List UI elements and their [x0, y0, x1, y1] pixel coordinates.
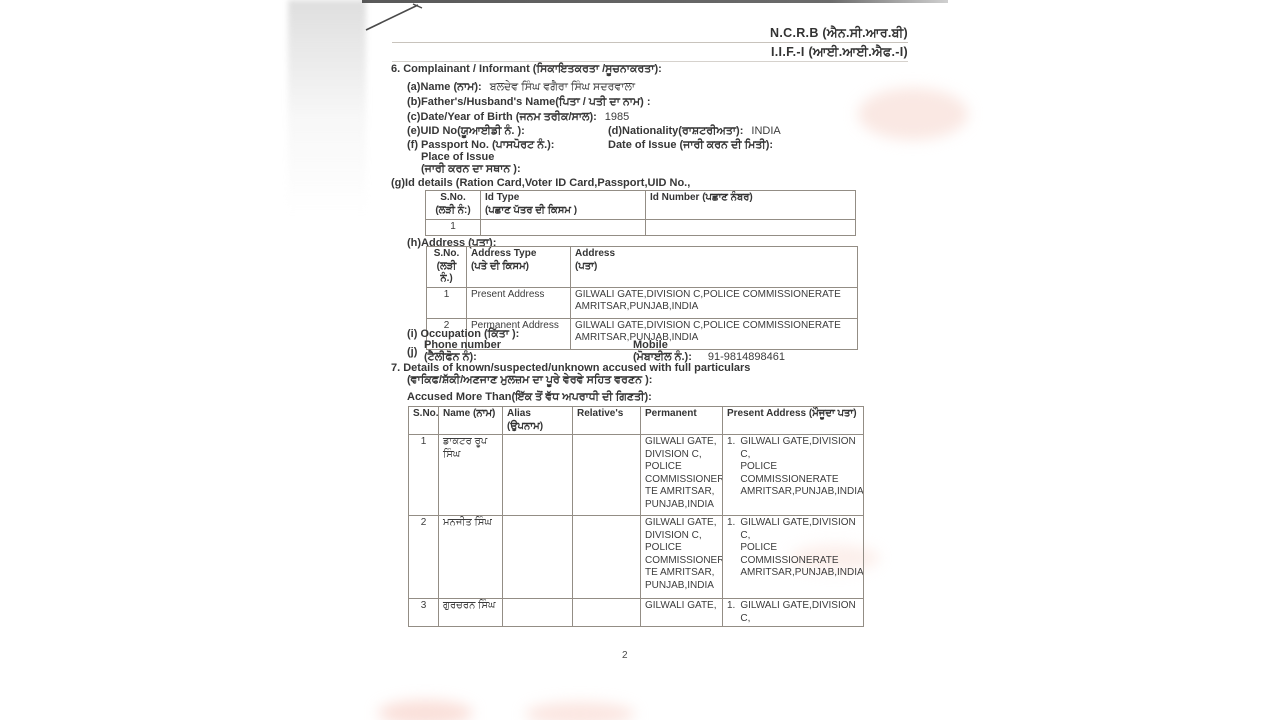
- accused-sno-header: S.No.: [409, 407, 439, 435]
- table-row: 3 ਗੁਰਚਰਨ ਸਿੰਘ GILWALI GATE, 1. GILWALI G…: [409, 599, 864, 627]
- accused-alias: [503, 516, 573, 599]
- accused-relatives: [573, 435, 641, 516]
- accused-more-than-label: Accused More Than(ਇੱਕ ਤੋਂ ਵੱਧ ਅਪਰਾਧੀ ਦੀ …: [407, 391, 652, 404]
- id-row-type: [481, 220, 646, 236]
- name-label: (a)Name (ਨਾਮ):: [407, 81, 482, 94]
- scanned-fir-document-page: N.C.R.B (ਐਨ.ਸੀ.ਆਰ.ਬੀ) I.I.F.-I (ਆਈ.ਆਈ.ਐਫ…: [0, 0, 1280, 720]
- accused-permanent-address: GILWALI GATE, DIVISION C, POLICE COMMISS…: [641, 435, 723, 516]
- id-type-header: Id Type(ਪਛਾਣ ਪੱਤਰ ਦੀ ਕਿਸਮ ): [481, 191, 646, 220]
- issue-place-label-pa: (ਜਾਰੀ ਕਰਨ ਦਾ ਸਥਾਨ ):: [421, 163, 521, 176]
- dob-value: 1985: [605, 111, 629, 124]
- addr-row-sno: 1: [427, 287, 467, 318]
- accused-sno: 1: [409, 435, 439, 516]
- accused-alias: [503, 435, 573, 516]
- accused-name: ਗੁਰਚਰਨ ਸਿੰਘ: [439, 599, 503, 627]
- uid-label: (e)UID No(ਯੂਆਈਡੀ ਨੰ. ):: [407, 125, 525, 138]
- accused-name-header: Name (ਨਾਮ): [439, 407, 503, 435]
- header-rule-1: [392, 42, 908, 43]
- accused-alias: [503, 599, 573, 627]
- field-name: (a)Name (ਨਾਮ): ਬਲਦੇਵ ਸਿੰਘ ਵਗੈਰਾ ਸਿੰਘ ਸਦਰ…: [407, 81, 635, 94]
- accused-sno: 2: [409, 516, 439, 599]
- scan-smudge: [378, 700, 473, 720]
- accused-name: ਡਾਕਟਰ ਰੂਪ ਸਿੰਘ: [439, 435, 503, 516]
- addr-row-type: Present Address: [467, 287, 571, 318]
- pen-mark: [358, 0, 438, 34]
- issue-date-label: Date of Issue (ਜਾਰੀ ਕਰਨ ਦੀ ਮਿਤੀ):: [608, 139, 773, 152]
- accused-name: ਮਨਜੀਤ ਸਿੰਘ: [439, 516, 503, 599]
- scan-smudge: [858, 88, 968, 140]
- accused-present-address: 1. GILWALI GATE,DIVISION C, POLICE COMMI…: [723, 435, 864, 516]
- accused-permanent-address: GILWALI GATE, DIVISION C, POLICE COMMISS…: [641, 516, 723, 599]
- header-iif: I.I.F.-I (ਆਈ.ਆਈ.ਐਫ.-I): [698, 45, 908, 60]
- addr-type-header: Address Type(ਪਤੇ ਦੀ ਕਿਸਮ): [467, 247, 571, 288]
- id-number-header: Id Number (ਪਛਾਣ ਨੰਬਰ): [646, 191, 856, 220]
- accused-present-address: 1. GILWALI GATE,DIVISION C,: [723, 599, 864, 627]
- table-row: 1: [426, 220, 856, 236]
- table-row: 1 Present Address GILWALI GATE,DIVISION …: [427, 287, 858, 318]
- scan-smudge: [525, 702, 635, 720]
- accused-sno: 3: [409, 599, 439, 627]
- table-header-row: S.No. Name (ਨਾਮ) Alias (ਉਪਨਾਮ) Relative'…: [409, 407, 864, 435]
- id-row-sno: 1: [426, 220, 481, 236]
- id-details-table: S.No.(ਲੜੀ ਨੰ:) Id Type(ਪਛਾਣ ਪੱਤਰ ਦੀ ਕਿਸਮ…: [425, 190, 856, 236]
- addr-header: Address(ਪਤਾ): [571, 247, 858, 288]
- addr-row-address: GILWALI GATE,DIVISION C,POLICE COMMISSIO…: [571, 318, 858, 349]
- id-details-label: (g)Id details (Ration Card,Voter ID Card…: [391, 177, 690, 190]
- scan-edge-strip: [362, 0, 948, 3]
- accused-relatives: [573, 516, 641, 599]
- header-rule-2: [392, 61, 908, 62]
- accused-permanent-address: GILWALI GATE,: [641, 599, 723, 627]
- accused-table: S.No. Name (ਨਾਮ) Alias (ਉਪਨਾਮ) Relative'…: [408, 406, 864, 627]
- id-sno-header: S.No.(ਲੜੀ ਨੰ:): [426, 191, 481, 220]
- accused-relatives-header: Relative's: [573, 407, 641, 435]
- accused-permanent-header: Permanent: [641, 407, 723, 435]
- nationality-value: INDIA: [751, 125, 780, 138]
- header-ncrb: N.C.R.B (ਐਨ.ਸੀ.ਆਰ.ਬੀ): [698, 26, 908, 41]
- section7-title-pa: (ਵਾਕਿਫ/ਸ਼ੱਕੀ/ਅਣਜਾਣ ਮੁਲਜ਼ਮ ਦਾ ਪੂਰੇ ਵੇਰਵੇ …: [407, 374, 652, 387]
- page-number: 2: [622, 650, 628, 661]
- scan-shadow: [288, 0, 366, 215]
- accused-present-address: 1. GILWALI GATE,DIVISION C, POLICE COMMI…: [723, 516, 864, 599]
- field-nationality: (d)Nationality(ਰਾਸ਼ਟਰੀਅਤਾ): INDIA: [608, 125, 781, 138]
- name-value: ਬਲਦੇਵ ਸਿੰਘ ਵਗੈਰਾ ਸਿੰਘ ਸਦਰਵਾਲਾ: [490, 81, 635, 94]
- table-row: 2 ਮਨਜੀਤ ਸਿੰਘ GILWALI GATE, DIVISION C, P…: [409, 516, 864, 599]
- table-row: 1 ਡਾਕਟਰ ਰੂਪ ਸਿੰਘ GILWALI GATE, DIVISION …: [409, 435, 864, 516]
- accused-alias-header: Alias (ਉਪਨਾਮ): [503, 407, 573, 435]
- section6-title: 6. Complainant / Informant (ਸਿਕਾਇਤਕਰਤਾ /…: [391, 63, 662, 76]
- list-marker: 1.: [727, 600, 735, 613]
- list-marker: 1.: [727, 517, 735, 530]
- list-marker: 1.: [727, 436, 735, 449]
- table-header-row: S.No.(ਲੜੀ ਨੰ.) Address Type(ਪਤੇ ਦੀ ਕਿਸਮ)…: [427, 247, 858, 288]
- nationality-label: (d)Nationality(ਰਾਸ਼ਟਰੀਅਤਾ):: [608, 125, 743, 138]
- dob-label: (c)Date/Year of Birth (ਜਨਮ ਤਰੀਕ/ਸਾਲ):: [407, 111, 597, 124]
- father-name-label: (b)Father's/Husband's Name(ਪਿਤਾ / ਪਤੀ ਦਾ…: [407, 96, 651, 109]
- field-dob: (c)Date/Year of Birth (ਜਨਮ ਤਰੀਕ/ਸਾਲ): 19…: [407, 111, 629, 124]
- accused-relatives: [573, 599, 641, 627]
- addr-sno-header: S.No.(ਲੜੀ ਨੰ.): [427, 247, 467, 288]
- phone-prefix: (j): [407, 346, 417, 359]
- accused-present-header: Present Address (ਮੌਜੂਦਾ ਪਤਾ): [723, 407, 864, 435]
- addr-row-address: GILWALI GATE,DIVISION C,POLICE COMMISSIO…: [571, 287, 858, 318]
- table-header-row: S.No.(ਲੜੀ ਨੰ:) Id Type(ਪਛਾਣ ਪੱਤਰ ਦੀ ਕਿਸਮ…: [426, 191, 856, 220]
- id-row-number: [646, 220, 856, 236]
